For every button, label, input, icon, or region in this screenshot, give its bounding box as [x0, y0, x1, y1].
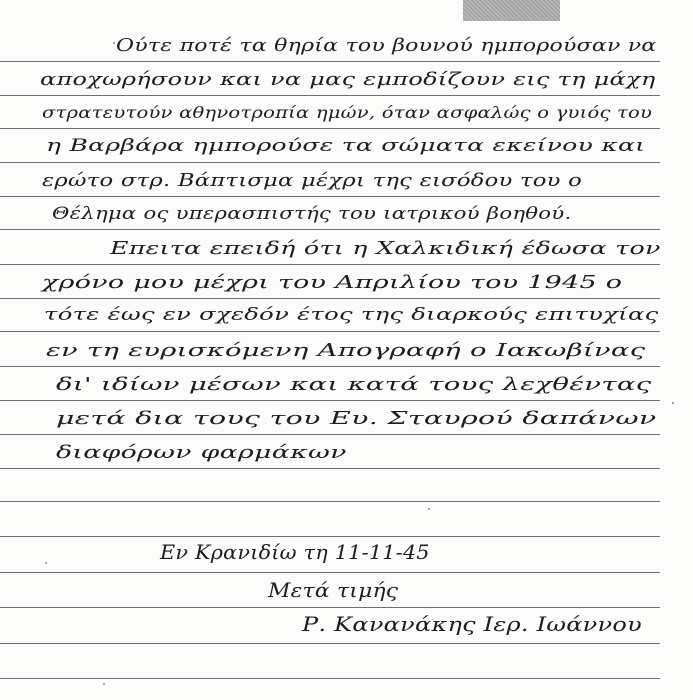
body-line: Θέλημα ος υπερασπιστής του ιατρικού βοηθ… — [52, 204, 571, 224]
ruled-line — [0, 331, 660, 332]
salutation: Μετά τιμής — [268, 578, 398, 602]
scan-speck — [45, 562, 47, 564]
ruled-line — [0, 162, 660, 163]
scan-speck — [428, 508, 430, 510]
redaction-box — [463, 0, 560, 21]
ruled-line — [0, 196, 660, 197]
body-line: Επειτα επειδή ότι η Χαλκιδική έδωσα τον — [110, 238, 661, 259]
scan-speck — [672, 402, 674, 404]
body-line: διαφόρων φαρμάκων — [56, 442, 347, 463]
ruled-line — [0, 264, 660, 265]
ruled-line — [0, 536, 660, 537]
ruled-line — [0, 298, 660, 299]
body-line: μετά δια τους του Ευ. Σταυρού δαπάνων — [56, 408, 656, 429]
ruled-line — [0, 643, 660, 644]
ruled-line — [0, 572, 660, 573]
ruled-line — [0, 501, 660, 502]
scan-speck — [103, 683, 105, 685]
place-date: Εν Κρανιδίω τη 11-11-45 — [160, 540, 430, 564]
ruled-line — [0, 229, 660, 230]
ruled-line — [0, 61, 660, 62]
letter-page: Ούτε ποτέ τα θηρία του βουνού ημπορούσαν… — [0, 0, 693, 700]
ruled-line — [0, 434, 660, 435]
ruled-line — [0, 128, 660, 129]
body-line: αποχωρήσουν και να μας εμποδίζουν εις τη… — [40, 69, 656, 90]
ruled-line — [0, 607, 660, 608]
ruled-line — [0, 366, 660, 367]
body-line: στρατευτούν αθηνοτροπία ημών, όταν ασφαλ… — [42, 103, 652, 122]
body-line: η Βαρβάρα ημπορούσε τα σώματα εκείνου κα… — [46, 136, 645, 156]
ruled-line — [0, 400, 660, 401]
ruled-line — [0, 468, 660, 469]
body-line: δι' ιδίων μέσων και κατά τους λεχθέντας — [56, 374, 652, 395]
signature: Ρ. Κανανάκης Ιερ. Ιωάννου — [302, 612, 642, 636]
ruled-line — [0, 95, 660, 96]
body-line: ερώτο στρ. Βάπτισμα μέχρι της εισόδου το… — [42, 170, 582, 191]
scan-speck — [113, 42, 115, 44]
body-line: εν τη ευρισκόμενη Απογραφή ο Ιακωβίνας — [46, 340, 645, 361]
ruled-line — [0, 678, 660, 679]
body-line: τότε έως εν σχεδόν έτος της διαρκούς επι… — [44, 305, 659, 325]
body-line: χρόνο μου μέχρι του Απριλίου του 1945 ο — [42, 272, 622, 293]
body-line: Ούτε ποτέ τα θηρία του βουνού ημπορούσαν… — [116, 35, 657, 56]
